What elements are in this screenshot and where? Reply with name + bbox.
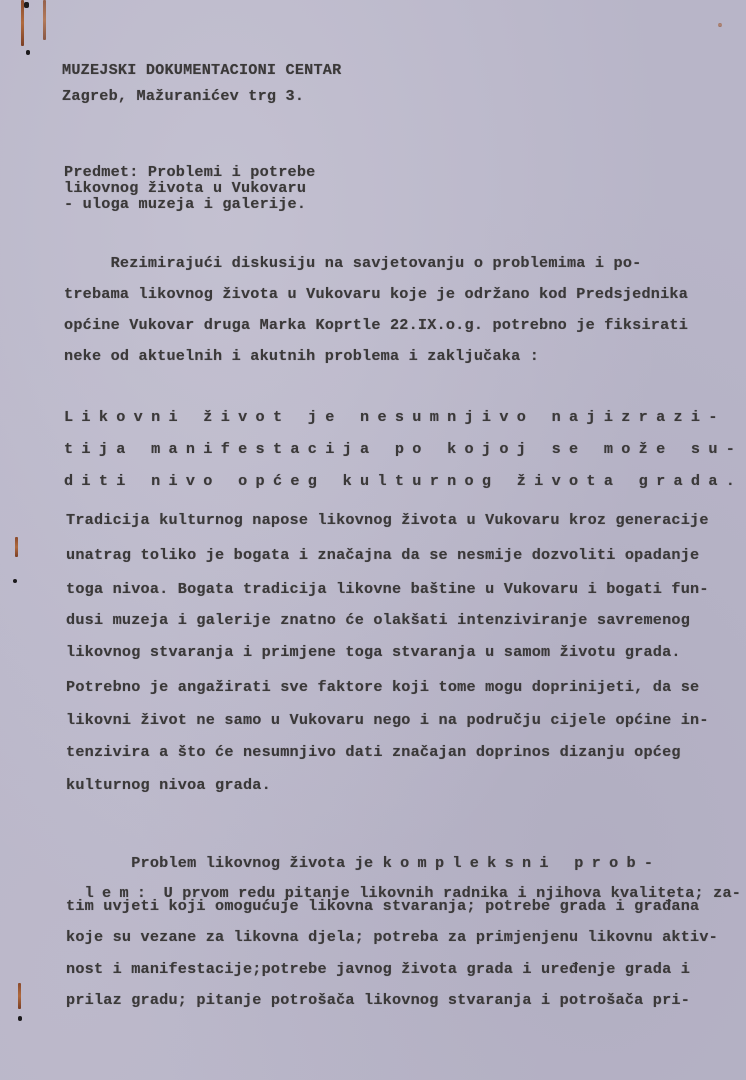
institution-address: Zagreb, Mažuranićev trg 3. xyxy=(62,87,304,105)
paragraph2-spaced-line: diti nivo općeg kulturnog života grada. xyxy=(64,472,743,490)
paragraph3-line: likovnog stvaranja i primjene toga stvar… xyxy=(66,643,681,661)
paragraph4-line: nost i manifestacije;potrebe javnog živo… xyxy=(66,960,690,978)
paragraph2-spaced-line: tija manifestacija po kojoj se može su- xyxy=(64,440,743,458)
paragraph4-line: koje su vezane za likovna djela; potreba… xyxy=(66,928,718,946)
staple-dot-middle xyxy=(13,579,17,583)
staple-dot-top xyxy=(24,2,29,8)
institution-name: MUZEJSKI DOKUMENTACIONI CENTAR xyxy=(62,61,341,79)
paragraph3-line: likovni život ne samo u Vukovaru nego i … xyxy=(66,711,709,729)
staple-dot-bottom xyxy=(18,1016,22,1021)
paragraph3-line: tenzivira a što će nesumnjivo dati znača… xyxy=(66,743,681,761)
paper-background xyxy=(0,0,746,1080)
paragraph3-line: kulturnog nivoa grada. xyxy=(66,776,271,794)
binder-mark-bottom xyxy=(18,983,21,1009)
binder-mark-middle xyxy=(15,537,18,557)
paragraph1-line: općine Vukovar druga Marka Koprtle 22.IX… xyxy=(64,316,688,334)
paragraph4-line: prilaz gradu; pitanje potrošača likovnog… xyxy=(66,991,690,1009)
stain-dot xyxy=(718,23,722,27)
paragraph1-line: Rezimirajući diskusiju na savjetovanju o… xyxy=(64,254,641,272)
paragraph1-line: neke od aktuelnih i akutnih problema i z… xyxy=(64,347,539,365)
paragraph3-line: toga nivoa. Bogata tradicija likovne baš… xyxy=(66,580,709,598)
paragraph4-line: tim uvjeti koji omogućuje likovna stvara… xyxy=(66,897,699,915)
paragraph1-line: trebama likovnog života u Vukovaru koje … xyxy=(64,285,688,303)
binder-mark-top-right xyxy=(43,0,46,40)
paragraph3-line: unatrag toliko je bogata i značajna da s… xyxy=(66,546,699,564)
paragraph2-spaced-line: Likovni život je nesumnjivo najizrazi- xyxy=(64,408,726,426)
paragraph3-line: Potrebno je angažirati sve faktore koji … xyxy=(66,678,699,696)
paragraph3-line: dusi muzeja i galerije znatno će olakšat… xyxy=(66,611,690,629)
subject-line-3: - uloga muzeja i galerije. xyxy=(64,195,306,213)
paragraph3-line: Tradicija kulturnog napose likovnog živo… xyxy=(66,511,709,529)
staple-dot-lower xyxy=(26,50,30,55)
